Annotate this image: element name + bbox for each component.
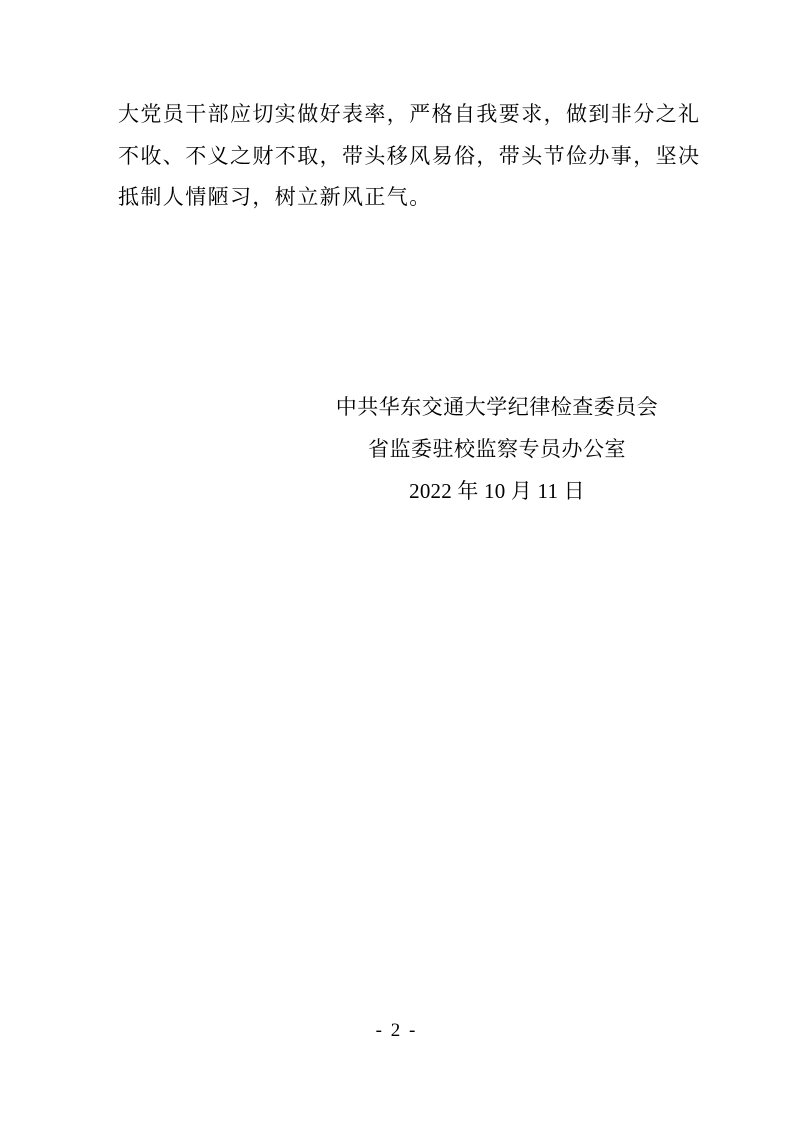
body-line: 不收、不义之财不取，带头移风易俗，带头节俭办事，坚决 (118, 136, 683, 178)
body-paragraph: 大党员干部应切实做好表率，严格自我要求，做到非分之礼 不收、不义之财不取，带头移… (118, 94, 683, 219)
page-number: - 2 - (0, 1010, 793, 1052)
signature-block: 中共华东交通大学纪律检查委员会 省监委驻校监察专员办公室 2022 年 10 月… (217, 386, 777, 512)
signature-date: 2022 年 10 月 11 日 (217, 470, 777, 512)
body-line: 抵制人情陋习，树立新风正气。 (118, 177, 683, 219)
body-line: 大党员干部应切实做好表率，严格自我要求，做到非分之礼 (118, 94, 683, 136)
signature-org-committee: 中共华东交通大学纪律检查委员会 (217, 386, 777, 428)
document-page: 大党员干部应切实做好表率，严格自我要求，做到非分之礼 不收、不义之财不取，带头移… (0, 0, 793, 1122)
signature-org-office: 省监委驻校监察专员办公室 (217, 428, 777, 470)
